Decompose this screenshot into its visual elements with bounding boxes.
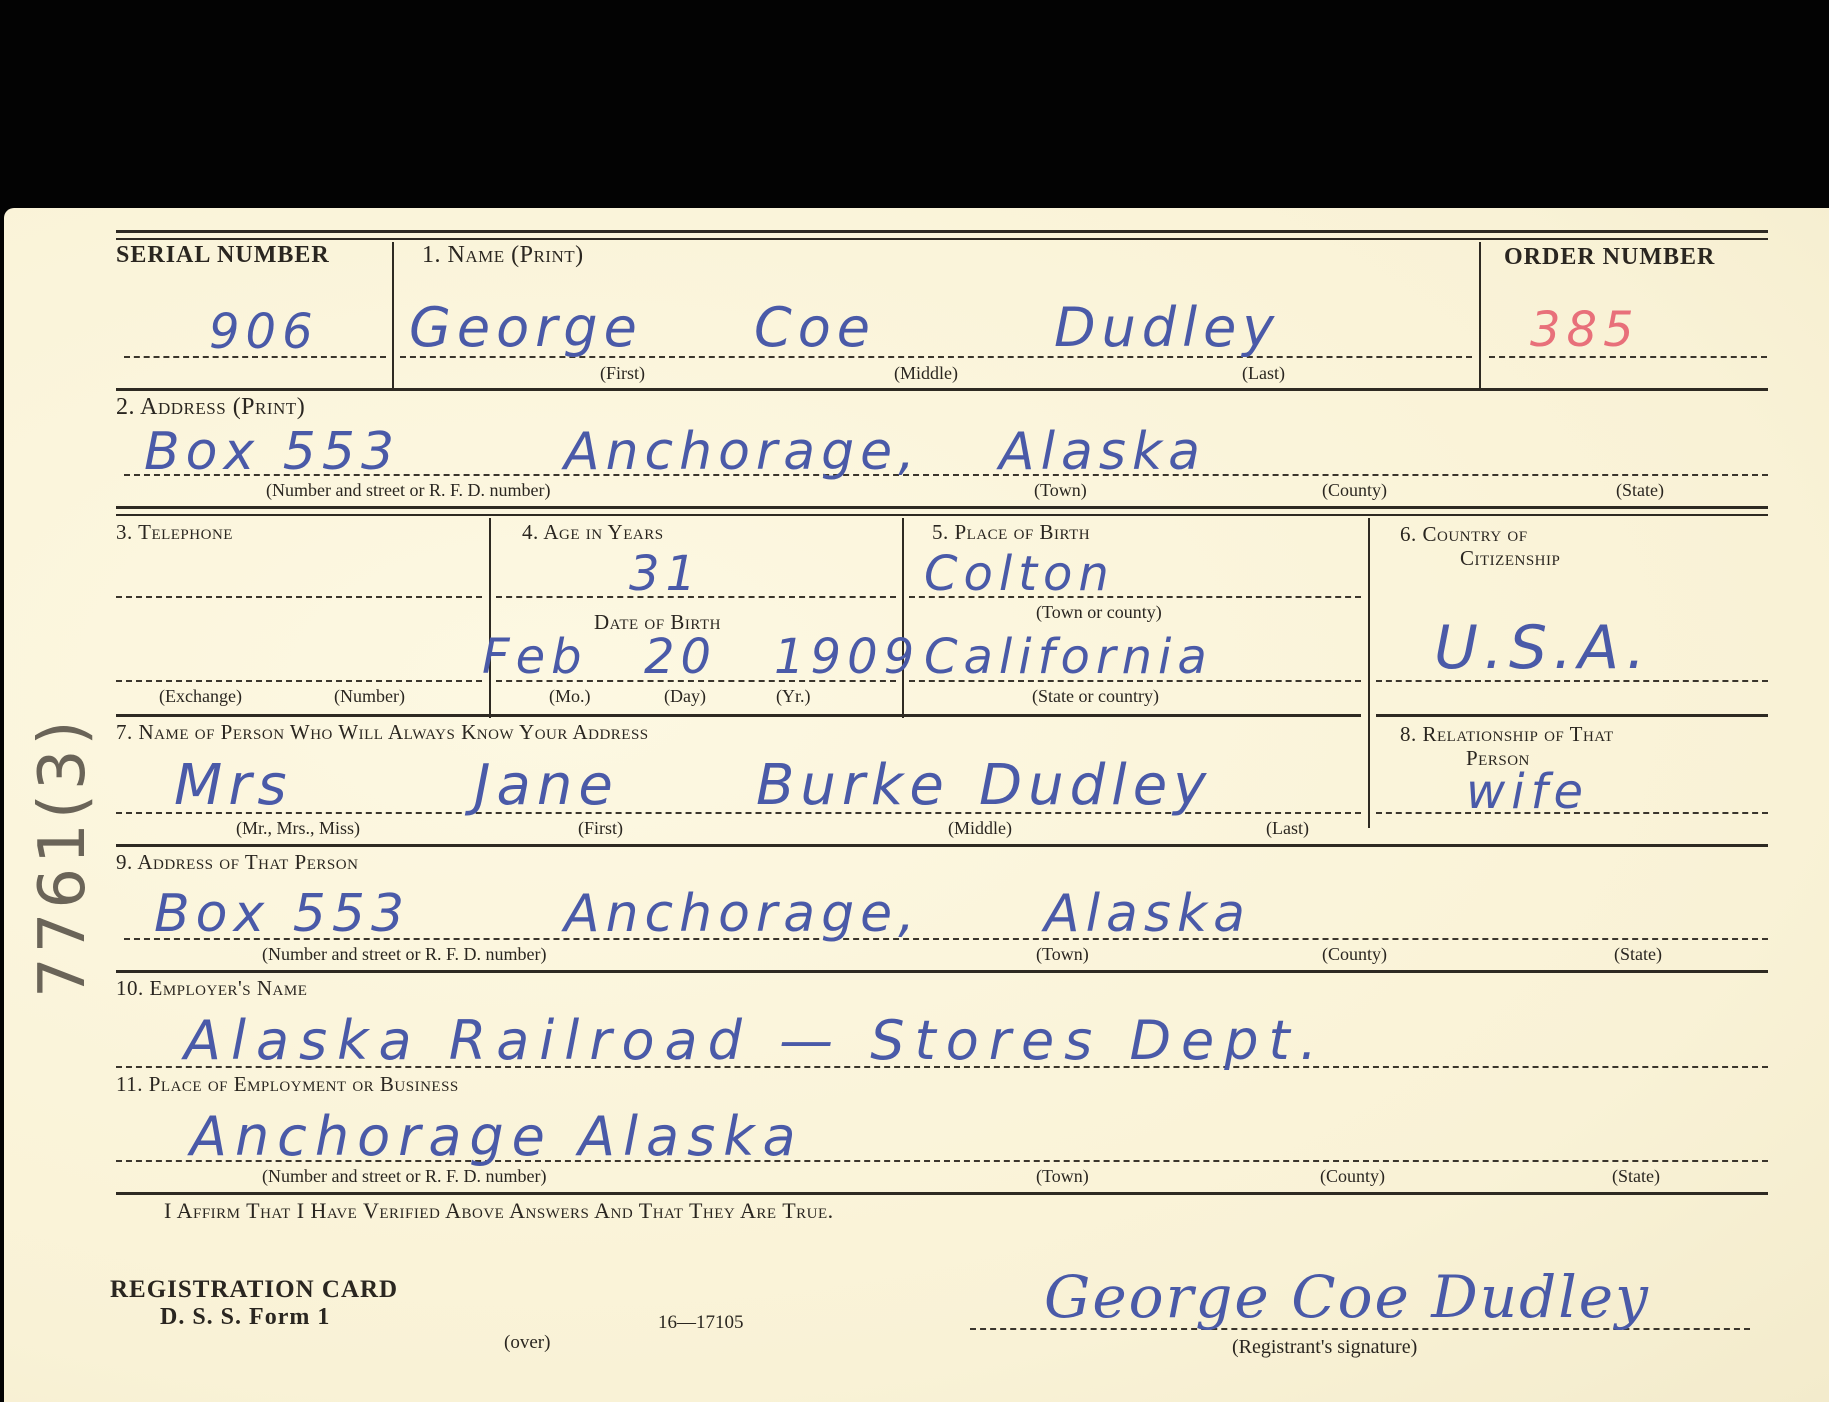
name-first-value[interactable]: George: [409, 301, 643, 355]
address-street-value[interactable]: Box 553: [144, 426, 400, 478]
dob-year-value[interactable]: 1909: [774, 633, 920, 681]
birth-state-value[interactable]: California: [924, 633, 1213, 681]
divider: [489, 518, 491, 718]
age-label: 4. Age in Years: [522, 520, 664, 545]
contact-address-state-value[interactable]: Alaska: [1044, 888, 1251, 940]
employment-place-label: 11. Place of Employment or Business: [116, 1072, 459, 1097]
contact-title-value[interactable]: Mrs: [174, 758, 293, 814]
over-note: (over): [504, 1332, 550, 1354]
birthplace-label: 5. Place of Birth: [932, 520, 1090, 545]
order-number-value[interactable]: 385: [1530, 306, 1640, 354]
address-label: 2. Address (Print): [116, 394, 305, 421]
dob-day-value[interactable]: 20: [644, 633, 717, 681]
relationship-value[interactable]: wife: [1466, 768, 1589, 816]
print-code: 16—17105: [658, 1312, 744, 1334]
name-label: 1. Name (Print): [422, 242, 584, 269]
caption-state: (State): [1612, 1166, 1660, 1187]
caption-town: (Town): [1036, 944, 1089, 965]
caption-county: (County): [1322, 944, 1387, 965]
employer-label: 10. Employer's Name: [116, 976, 307, 1001]
caption-middle: (Middle): [948, 818, 1012, 839]
contact-address-street-value[interactable]: Box 553: [154, 888, 410, 940]
affirmation-text: I Affirm That I Have Verified Above Answ…: [164, 1198, 834, 1224]
caption-exchange: (Exchange): [159, 686, 242, 707]
margin-note: 7761(3): [26, 716, 100, 998]
caption-state-country: (State or country): [1032, 686, 1159, 707]
rule: [116, 230, 1768, 233]
rule: [116, 514, 1768, 516]
serial-number-label: SERIAL NUMBER: [116, 242, 330, 269]
caption-day: (Day): [664, 686, 706, 707]
caption-middle: (Middle): [894, 363, 958, 384]
caption-first: (First): [578, 818, 623, 839]
caption-county: (County): [1322, 480, 1387, 501]
form-id: D. S. S. Form 1: [160, 1304, 330, 1331]
telephone-line-2: [116, 680, 482, 682]
rule: [116, 388, 1768, 391]
contact-middle-value[interactable]: Burke: [756, 758, 950, 814]
signature-value[interactable]: George Coe Dudley: [1044, 1268, 1650, 1326]
contact-address-town-value[interactable]: Anchorage,: [564, 888, 921, 940]
caption-state: (State): [1616, 480, 1664, 501]
employer-value[interactable]: Alaska Railroad — Stores Dept.: [184, 1014, 1327, 1068]
rule: [116, 1192, 1768, 1195]
rule: [1376, 714, 1768, 717]
caption-county: (County): [1320, 1166, 1385, 1187]
name-last-value[interactable]: Dudley: [1054, 301, 1280, 355]
contact-label: 7. Name of Person Who Will Always Know Y…: [116, 720, 649, 745]
caption-month: (Mo.): [549, 686, 591, 707]
rule: [116, 238, 1768, 240]
contact-first-value[interactable]: Jane: [474, 758, 619, 814]
dob-month-value[interactable]: Feb: [482, 633, 588, 681]
telephone-line-1: [116, 596, 482, 598]
rule: [116, 714, 1361, 717]
contact-last-value[interactable]: Dudley: [979, 758, 1212, 814]
caption-town: (Town): [1036, 1166, 1089, 1187]
serial-number-value[interactable]: 906: [209, 308, 319, 356]
age-value[interactable]: 31: [629, 550, 702, 598]
caption-last: (Last): [1266, 818, 1309, 839]
address-state-value[interactable]: Alaska: [999, 426, 1206, 478]
divider: [392, 242, 394, 388]
relationship-label-1: 8. Relationship of That: [1400, 722, 1614, 747]
rule: [116, 506, 1768, 509]
telephone-label: 3. Telephone: [116, 520, 233, 545]
caption-title: (Mr., Mrs., Miss): [236, 818, 360, 839]
caption-first: (First): [600, 363, 645, 384]
caption-street: (Number and street or R. F. D. number): [266, 480, 551, 501]
citizenship-value[interactable]: U.S.A.: [1434, 618, 1651, 678]
birth-town-value[interactable]: Colton: [924, 550, 1115, 598]
caption-town: (Town): [1034, 480, 1087, 501]
rule: [116, 970, 1768, 973]
signature-caption: (Registrant's signature): [1232, 1336, 1417, 1359]
citizenship-label-2: Citizenship: [1460, 546, 1560, 571]
divider: [902, 518, 904, 718]
form-title: REGISTRATION CARD: [110, 1276, 398, 1304]
caption-street: (Number and street or R. F. D. number): [262, 944, 547, 965]
caption-state: (State): [1614, 944, 1662, 965]
registration-card: 7761(3) SERIAL NUMBER 1. Name (Print) OR…: [4, 208, 1829, 1402]
order-number-label: ORDER NUMBER: [1504, 244, 1715, 271]
divider: [1368, 518, 1370, 828]
caption-town-county: (Town or county): [1036, 602, 1162, 623]
name-middle-value[interactable]: Coe: [754, 301, 876, 355]
caption-last: (Last): [1242, 363, 1285, 384]
citizenship-label-1: 6. Country of: [1400, 522, 1528, 547]
divider: [1479, 242, 1481, 388]
employment-place-value[interactable]: Anchorage Alaska: [190, 1110, 804, 1164]
rule: [116, 844, 1768, 847]
caption-number: (Number): [334, 686, 405, 707]
caption-year: (Yr.): [776, 686, 811, 707]
caption-street: (Number and street or R. F. D. number): [262, 1166, 547, 1187]
contact-address-label: 9. Address of That Person: [116, 850, 358, 875]
address-town-value[interactable]: Anchorage,: [564, 426, 921, 478]
